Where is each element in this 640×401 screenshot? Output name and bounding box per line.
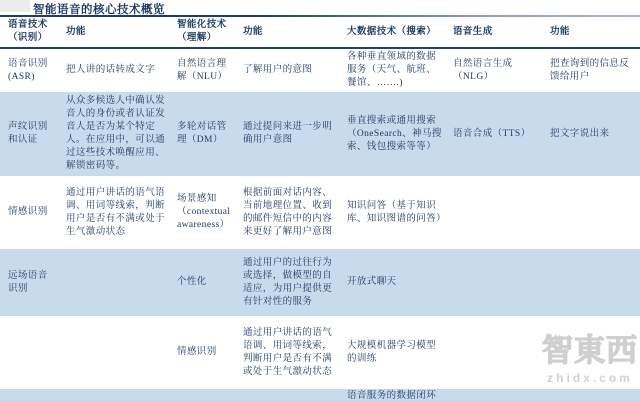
table-cell xyxy=(546,389,640,401)
table-cell: 大规模机器学习模型的训练 xyxy=(343,316,449,389)
table-cell: 开放式聊天 xyxy=(343,249,449,316)
header-cell: 智能化技术（理解） xyxy=(173,17,239,48)
table-cell: 垂直搜索或通用搜索（OneSearch、神马搜索、钱包搜索等等） xyxy=(343,92,449,176)
table-row: 情感识别 通过用户讲话的语气语调、用词等线索，判断用户是否有不满或处于生气激动状… xyxy=(0,316,640,389)
table-cell xyxy=(62,389,173,401)
table-cell: 把文字说出来 xyxy=(546,92,640,176)
header-cell: 语音生成 xyxy=(449,17,546,48)
header-cell: 功能 xyxy=(546,17,640,48)
table-cell xyxy=(449,316,546,389)
table-cell xyxy=(449,249,546,316)
table-cell: 多轮对话管理（DM） xyxy=(173,92,239,176)
table-row: 语音服务的数据闭环 xyxy=(0,389,640,401)
table-cell: 情感识别 xyxy=(0,176,62,249)
header-cell: 大数据技术（搜索） xyxy=(343,17,449,48)
table-cell xyxy=(173,389,239,401)
table-cell: 把查询到的信息反馈给用户 xyxy=(546,48,640,92)
table-cell: 各种垂直领域的数据服务（天气、航班、餐馆、…….) xyxy=(343,48,449,92)
table-row: 语音识别 (ASR) 把人讲的话转成文字 自然语言理解（NLU） 了解用户的意图… xyxy=(0,48,640,92)
table-cell: 从众多候选人中确认发音人的身份或者认证发音人是否为某个特定人。在应用中，可以通过… xyxy=(62,92,173,176)
table-row: 声纹识别和认证 从众多候选人中确认发音人的身份或者认证发音人是否为某个特定人。在… xyxy=(0,92,640,176)
table-cell xyxy=(546,176,640,249)
core-tech-table: 语音技术（识别） 功能 智能化技术（理解） 功能 大数据技术（搜索） 语音生成 … xyxy=(0,17,640,401)
table-cell: 自然语言生成（NLG） xyxy=(449,48,546,92)
table-cell xyxy=(239,389,343,401)
header-row: 语音技术（识别） 功能 智能化技术（理解） 功能 大数据技术（搜索） 语音生成 … xyxy=(0,17,640,48)
table-cell: 通过用户的过往行为或选择，做模型的自适应，为用户提供更有针对性的服务 xyxy=(239,249,343,316)
title-bar: 智能语音的核心技术概览 xyxy=(0,0,640,17)
table-cell: 声纹识别和认证 xyxy=(0,92,62,176)
table-cell: 把人讲的话转成文字 xyxy=(62,48,173,92)
table-cell: 通过用户讲话的语气语调、用词等线索，判断用户是否有不满或处于生气激动状态 xyxy=(62,176,173,249)
header-cell: 语音技术（识别） xyxy=(0,17,62,48)
table-cell: 知识问答（基于知识库、知识图谱的问答） xyxy=(343,176,449,249)
table-cell: 个性化 xyxy=(173,249,239,316)
table-cell xyxy=(62,249,173,316)
header-cell: 功能 xyxy=(62,17,173,48)
table-cell: 通过用户讲话的语气语调、用词等线索，判断用户是否有不满或处于生气激动状态 xyxy=(239,316,343,389)
table-cell: 情感识别 xyxy=(173,316,239,389)
table-cell: 根据前面对话内容、当前地理位置、收到的邮件短信中的内容来更好了解用户意图 xyxy=(239,176,343,249)
table-cell: 场景感知（contextual awareness） xyxy=(173,176,239,249)
table-cell xyxy=(62,316,173,389)
table-cell xyxy=(0,316,62,389)
table-cell: 了解用户的意图 xyxy=(239,48,343,92)
table-cell: 语音合成（TTS） xyxy=(449,92,546,176)
table-cell xyxy=(546,316,640,389)
table-cell: 通过提问来进一步明确用户意图 xyxy=(239,92,343,176)
table-cell: 自然语言理解（NLU） xyxy=(173,48,239,92)
table-cell xyxy=(449,176,546,249)
table-cell: 语音服务的数据闭环 xyxy=(343,389,449,401)
header-cell: 功能 xyxy=(239,17,343,48)
table-row: 远场语音识别 个性化 通过用户的过往行为或选择，做模型的自适应，为用户提供更有针… xyxy=(0,249,640,316)
table-cell: 远场语音识别 xyxy=(0,249,62,316)
table-cell: 语音识别 (ASR) xyxy=(0,48,62,92)
table-cell xyxy=(546,249,640,316)
table-row: 情感识别 通过用户讲话的语气语调、用词等线索，判断用户是否有不满或处于生气激动状… xyxy=(0,176,640,249)
table-cell xyxy=(449,389,546,401)
title-rule xyxy=(0,15,640,17)
table-cell xyxy=(0,389,62,401)
